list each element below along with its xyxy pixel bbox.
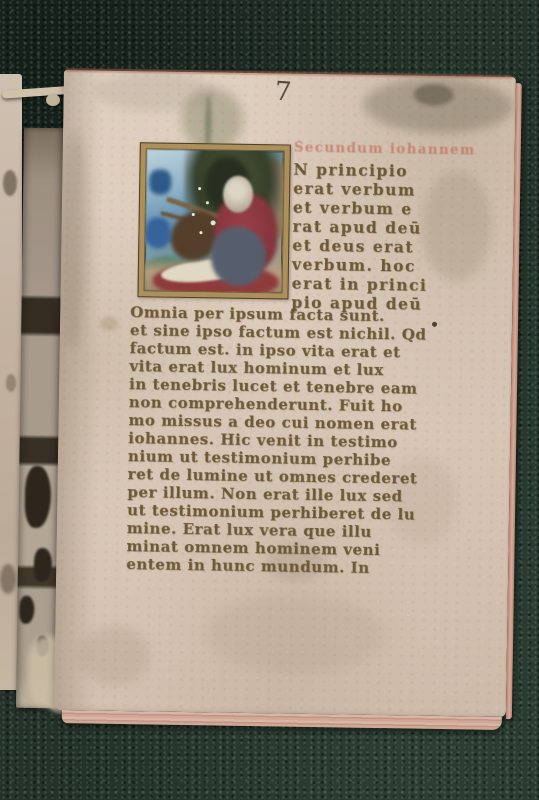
stain — [93, 70, 214, 112]
miniature-highlights — [198, 187, 201, 190]
stain — [413, 83, 453, 106]
photo-backdrop: 7 Secundum iohann — [0, 0, 539, 800]
text-line: erat in princi — [292, 274, 444, 295]
miniature-water — [145, 217, 170, 248]
page-edges-bottom — [62, 710, 502, 730]
stain — [363, 77, 514, 134]
miniature-water — [149, 169, 171, 195]
stain — [3, 170, 17, 196]
stain — [79, 625, 150, 686]
stain — [0, 564, 16, 594]
stain — [100, 317, 118, 331]
page-edges-right — [506, 83, 522, 719]
miniature-figure-mantle — [210, 226, 266, 286]
rubric-heading: Secundum iohannem — [294, 140, 444, 160]
text-line: N principio — [293, 160, 445, 181]
text-line: erat verbum — [293, 179, 445, 200]
text-line: verbum. hoc — [292, 255, 444, 276]
text-line: et deus erat — [292, 236, 444, 257]
stain — [6, 374, 16, 392]
text-block: Omnia per ipsum facta sunt. et sine ipso… — [126, 303, 450, 578]
stain — [205, 94, 212, 150]
text-line: et verbum e — [293, 198, 445, 219]
text-line: rat apud deū — [292, 217, 444, 238]
miniature-scene — [145, 149, 284, 292]
stain — [24, 466, 51, 528]
stain — [19, 596, 34, 624]
stain — [205, 592, 386, 675]
manuscript-page: 7 Secundum iohann — [54, 70, 516, 717]
text-column: N principio erat verbum et verbum e rat … — [291, 160, 445, 314]
miniature-figure-head — [222, 176, 253, 213]
stain — [181, 88, 244, 151]
folio-number: 7 — [274, 77, 306, 111]
stain — [34, 548, 52, 582]
miniature-st-john-patmos — [137, 142, 290, 299]
stain — [60, 130, 89, 350]
binding-cord-knot — [46, 94, 60, 106]
text-line: entem in hunc mundum. In — [126, 555, 446, 578]
